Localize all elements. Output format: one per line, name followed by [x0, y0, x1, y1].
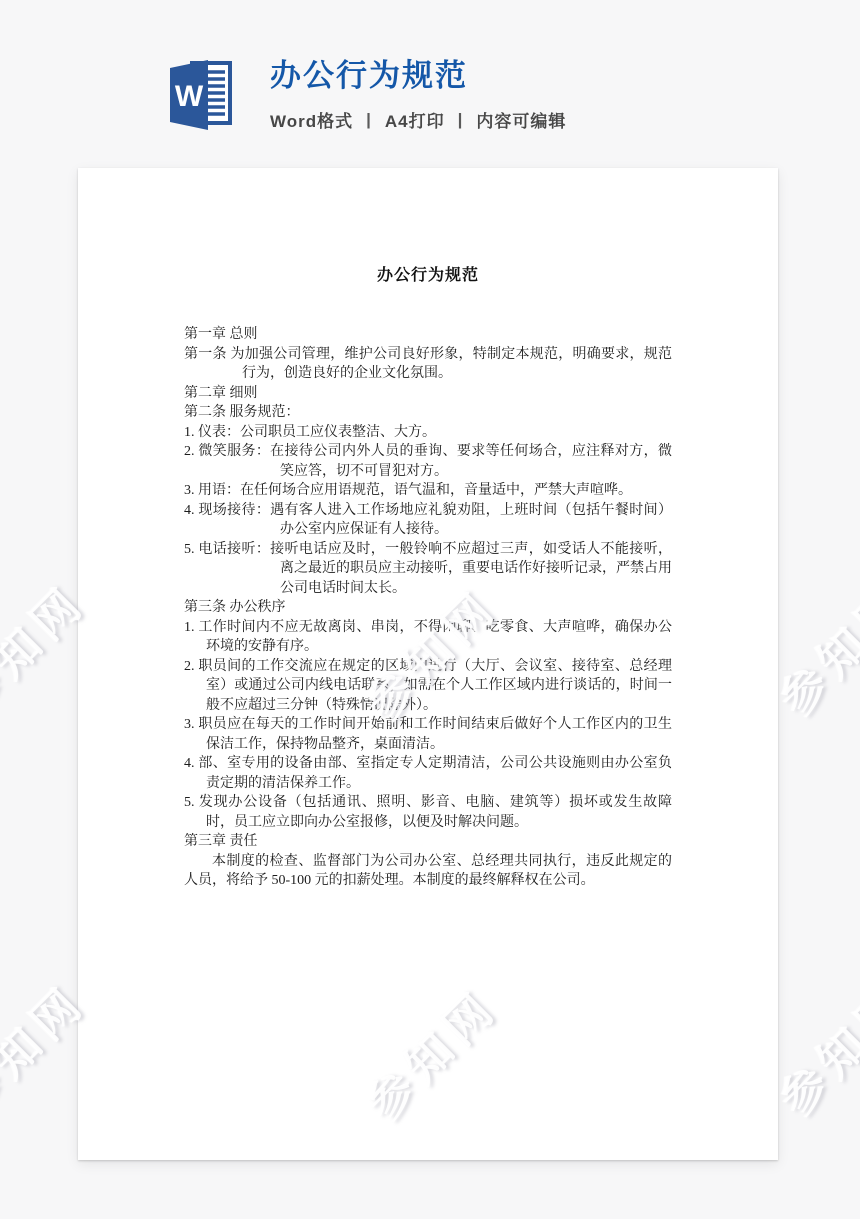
doc-paragraph: 第三章 责任	[184, 832, 672, 852]
doc-paragraph: 4. 现场接待：遇有客人进入工作场地应礼貌劝阻，上班时间（包括午餐时间）办公室内…	[184, 501, 672, 540]
doc-paragraph: 第一章 总则	[184, 325, 672, 345]
doc-paragraph: 本制度的检查、监督部门为公司办公室、总经理共同执行，违反此规定的人员，将给予 5…	[184, 852, 672, 891]
word-logo-letter: W	[175, 80, 204, 113]
doc-paragraph: 第二条 服务规范：	[184, 403, 672, 423]
doc-paragraph: 2. 微笑服务：在接待公司内外人员的垂询、要求等任何场合，应注释对方，微笑应答，…	[184, 442, 672, 481]
header-text: 办公行为规范 Word格式|A4打印|内容可编辑	[270, 50, 566, 132]
page-background: { "header": { "title": "办公行为规范", "subtit…	[0, 0, 860, 1219]
meta-item: A4打印	[385, 107, 445, 132]
document-body: 第一章 总则第一条 为加强公司管理，维护公司良好形象，特制定本规范，明确要求，规…	[184, 325, 672, 891]
doc-paragraph: 第三条 办公秩序	[184, 598, 672, 618]
doc-paragraph: 5. 电话接听：接听电话应及时，一般铃响不应超过三声，如受话人不能接听，离之最近…	[184, 540, 672, 599]
doc-paragraph: 1. 仪表：公司职员工应仪表整洁、大方。	[184, 423, 672, 443]
doc-paragraph: 第一条 为加强公司管理，维护公司良好形象，特制定本规范，明确要求，规范行为，创造…	[184, 345, 672, 384]
meta-item: 内容可编辑	[476, 107, 566, 132]
doc-paragraph: 2. 职员间的工作交流应在规定的区域内进行（大厅、会议室、接待室、总经理室）或通…	[184, 657, 672, 716]
word-logo-icon: W	[168, 56, 234, 134]
template-title: 办公行为规范	[270, 50, 566, 95]
document-title: 办公行为规范	[184, 262, 672, 285]
doc-paragraph: 4. 部、室专用的设备由部、室指定专人定期清洁，公司公共设施则由办公室负责定期的…	[184, 754, 672, 793]
doc-paragraph: 第二章 细则	[184, 384, 672, 404]
template-meta: Word格式|A4打印|内容可编辑	[270, 107, 566, 132]
doc-paragraph: 5. 发现办公设备（包括通讯、照明、影音、电脑、建筑等）损坏或发生故障时，员工应…	[184, 793, 672, 832]
meta-divider: |	[458, 110, 464, 130]
document-page: 办公行为规范 第一章 总则第一条 为加强公司管理，维护公司良好形象，特制定本规范…	[78, 168, 778, 1160]
doc-paragraph: 3. 用语：在任何场合应用语规范，语气温和，音量适中，严禁大声喧哗。	[184, 481, 672, 501]
doc-paragraph: 1. 工作时间内不应无故离岗、串岗，不得闲聊、吃零食、大声喧哗，确保办公环境的安…	[184, 618, 672, 657]
meta-divider: |	[366, 110, 372, 130]
doc-paragraph: 3. 职员应在每天的工作时间开始前和工作时间结束后做好个人工作区内的卫生保洁工作…	[184, 715, 672, 754]
meta-item: Word格式	[270, 107, 353, 132]
